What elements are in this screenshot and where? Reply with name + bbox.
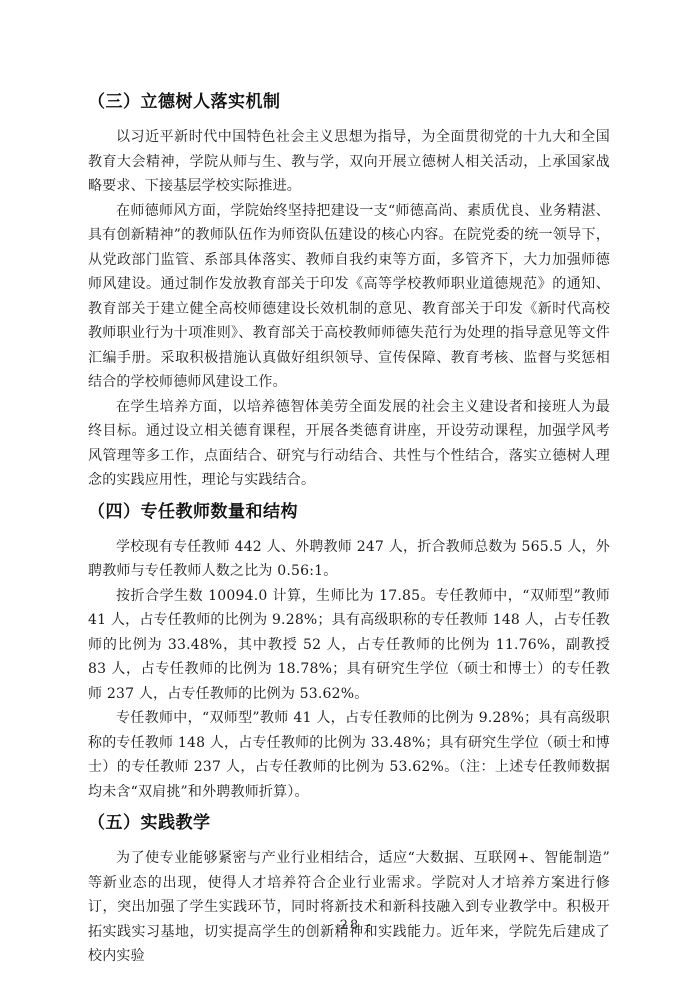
section-heading: （四）专任教师数量和结构	[88, 502, 610, 522]
paragraph: 为了使专业能够紧密与产业行业相结合，适应“大数据、互联网+、智能制造”等新业态的…	[88, 846, 610, 969]
paragraph: 专任教师中，“双师型”教师 41 人，占专任教师的比例为 9.28%；具有高级职…	[88, 706, 610, 804]
section-heading: （三）立德树人落实机制	[88, 92, 610, 112]
section-fulltime-teacher-structure: （四）专任教师数量和结构 学校现有专任教师 442 人、外聘教师 247 人，折…	[88, 502, 610, 805]
section-moral-education-mechanism: （三）立德树人落实机制 以习近平新时代中国特色社会主义思想为指导，为全面贯彻党的…	[88, 92, 610, 493]
paragraph: 以习近平新时代中国特色社会主义思想为指导，为全面贯彻党的十九大和全国教育大会精神…	[88, 125, 610, 199]
document-content: （三）立德树人落实机制 以习近平新时代中国特色社会主义思想为指导，为全面贯彻党的…	[88, 92, 610, 969]
document-page: （三）立德树人落实机制 以习近平新时代中国特色社会主义思想为指导，为全面贯彻党的…	[0, 0, 700, 989]
paragraph: 按折合学生数 10094.0 计算，生师比为 17.85。专任教师中，“双师型”…	[88, 584, 610, 707]
paragraph: 学校现有专任教师 442 人、外聘教师 247 人，折合教师总数为 565.5 …	[88, 535, 610, 584]
page-footer: - 28 -	[0, 916, 700, 934]
section-heading: （五）实践教学	[88, 813, 610, 833]
page-number: - 28 -	[327, 918, 373, 933]
paragraph: 在师德师风方面，学院始终坚持把建设一支“师德高尚、素质优良、业务精湛、具有创新精…	[88, 199, 610, 395]
section-practical-teaching: （五）实践教学 为了使专业能够紧密与产业行业相结合，适应“大数据、互联网+、智能…	[88, 813, 610, 969]
paragraph: 在学生培养方面，以培养德智体美劳全面发展的社会主义建设者和接班人为最终目标。通过…	[88, 395, 610, 493]
